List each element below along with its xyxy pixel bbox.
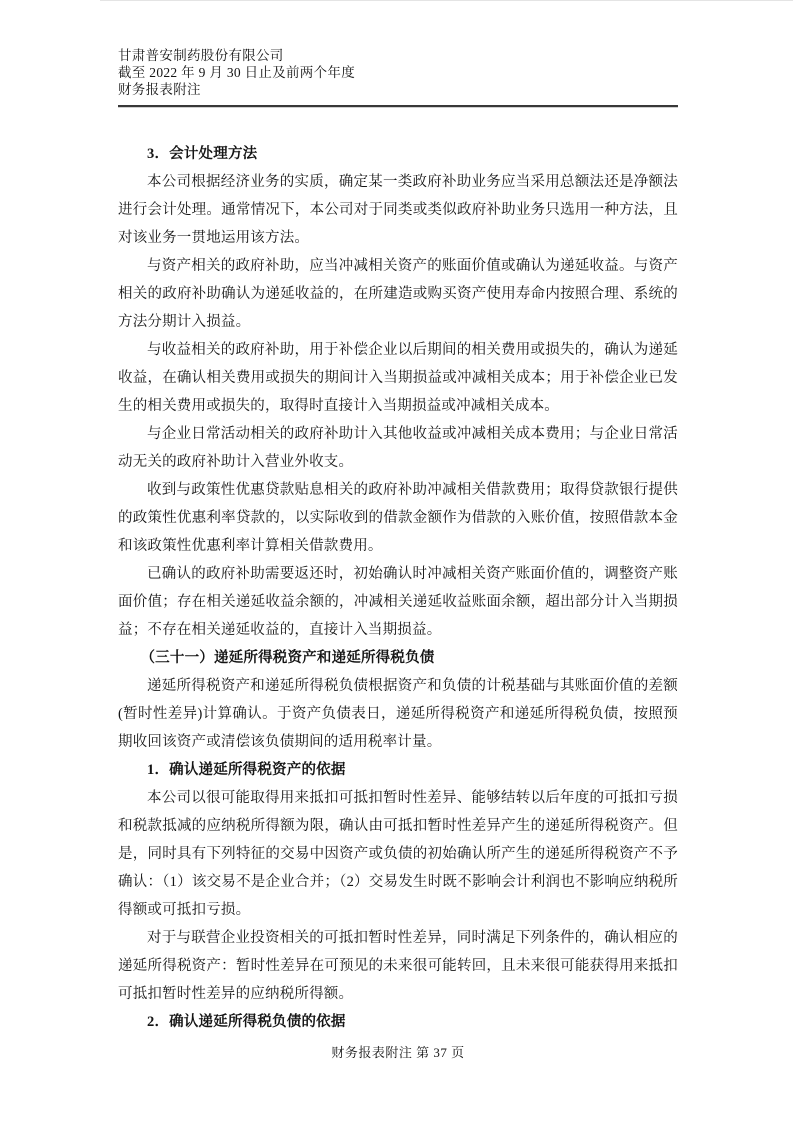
heading-accounting-treatment: 3．会计处理方法 [118,140,678,168]
paragraph-subsidy-refund: 已确认的政府补助需要返还时，初始确认时冲减相关资产账面价值的，调整资产账面价值；… [118,560,678,644]
header-doc-title: 财务报表附注 [118,81,678,98]
header-reporting-period: 截至 2022 年 9 月 30 日止及前两个年度 [118,64,678,81]
document-body: 3．会计处理方法 本公司根据经济业务的实质，确定某一类政府补助业务应当采用总额法… [118,140,678,1036]
paragraph-asset-related-subsidy: 与资产相关的政府补助，应当冲减相关资产的账面价值或确认为递延收益。与资产相关的政… [118,252,678,336]
footer-page-number-label: 财务报表附注 第 37 页 [331,1045,464,1060]
page-footer: 财务报表附注 第 37 页 [118,1042,678,1061]
document-header: 甘肃普安制药股份有限公司 截至 2022 年 9 月 30 日止及前两个年度 财… [118,0,678,98]
paragraph-income-related-subsidy: 与收益相关的政府补助，用于补偿企业以后期间的相关费用或损失的，确认为递延收益，在… [118,336,678,420]
paragraph-gross-net-method: 本公司根据经济业务的实质，确定某一类政府补助业务应当采用总额法还是净额法进行会计… [118,168,678,252]
paragraph-policy-loan-discount: 收到与政策性优惠贷款贴息相关的政府补助冲减相关借款费用；取得贷款银行提供的政策性… [118,476,678,560]
document-page: { "meta": { "colors": { "text": "#141414… [0,0,793,1122]
page-content: 甘肃普安制药股份有限公司 截至 2022 年 9 月 30 日止及前两个年度 财… [118,0,678,1036]
paragraph-associate-investment: 对于与联营企业投资相关的可抵扣暂时性差异，同时满足下列条件的，确认相应的递延所得… [118,924,678,1008]
header-rule [118,105,678,107]
paragraph-daily-activity-subsidy: 与企业日常活动相关的政府补助计入其他收益或冲减相关成本费用；与企业日常活动无关的… [118,420,678,476]
paragraph-deferred-tax-basis: 递延所得税资产和递延所得税负债根据资产和负债的计税基础与其账面价值的差额(暂时性… [118,672,678,756]
heading-deferred-tax-section: （三十一）递延所得税资产和递延所得税负债 [118,644,678,672]
paragraph-deductible-differences: 本公司以很可能取得用来抵扣可抵扣暂时性差异、能够结转以后年度的可抵扣亏损和税款抵… [118,784,678,924]
heading-deferred-tax-liability-basis: 2．确认递延所得税负债的依据 [118,1008,678,1036]
header-company-name: 甘肃普安制药股份有限公司 [118,47,678,64]
heading-deferred-tax-asset-basis: 1．确认递延所得税资产的依据 [118,756,678,784]
